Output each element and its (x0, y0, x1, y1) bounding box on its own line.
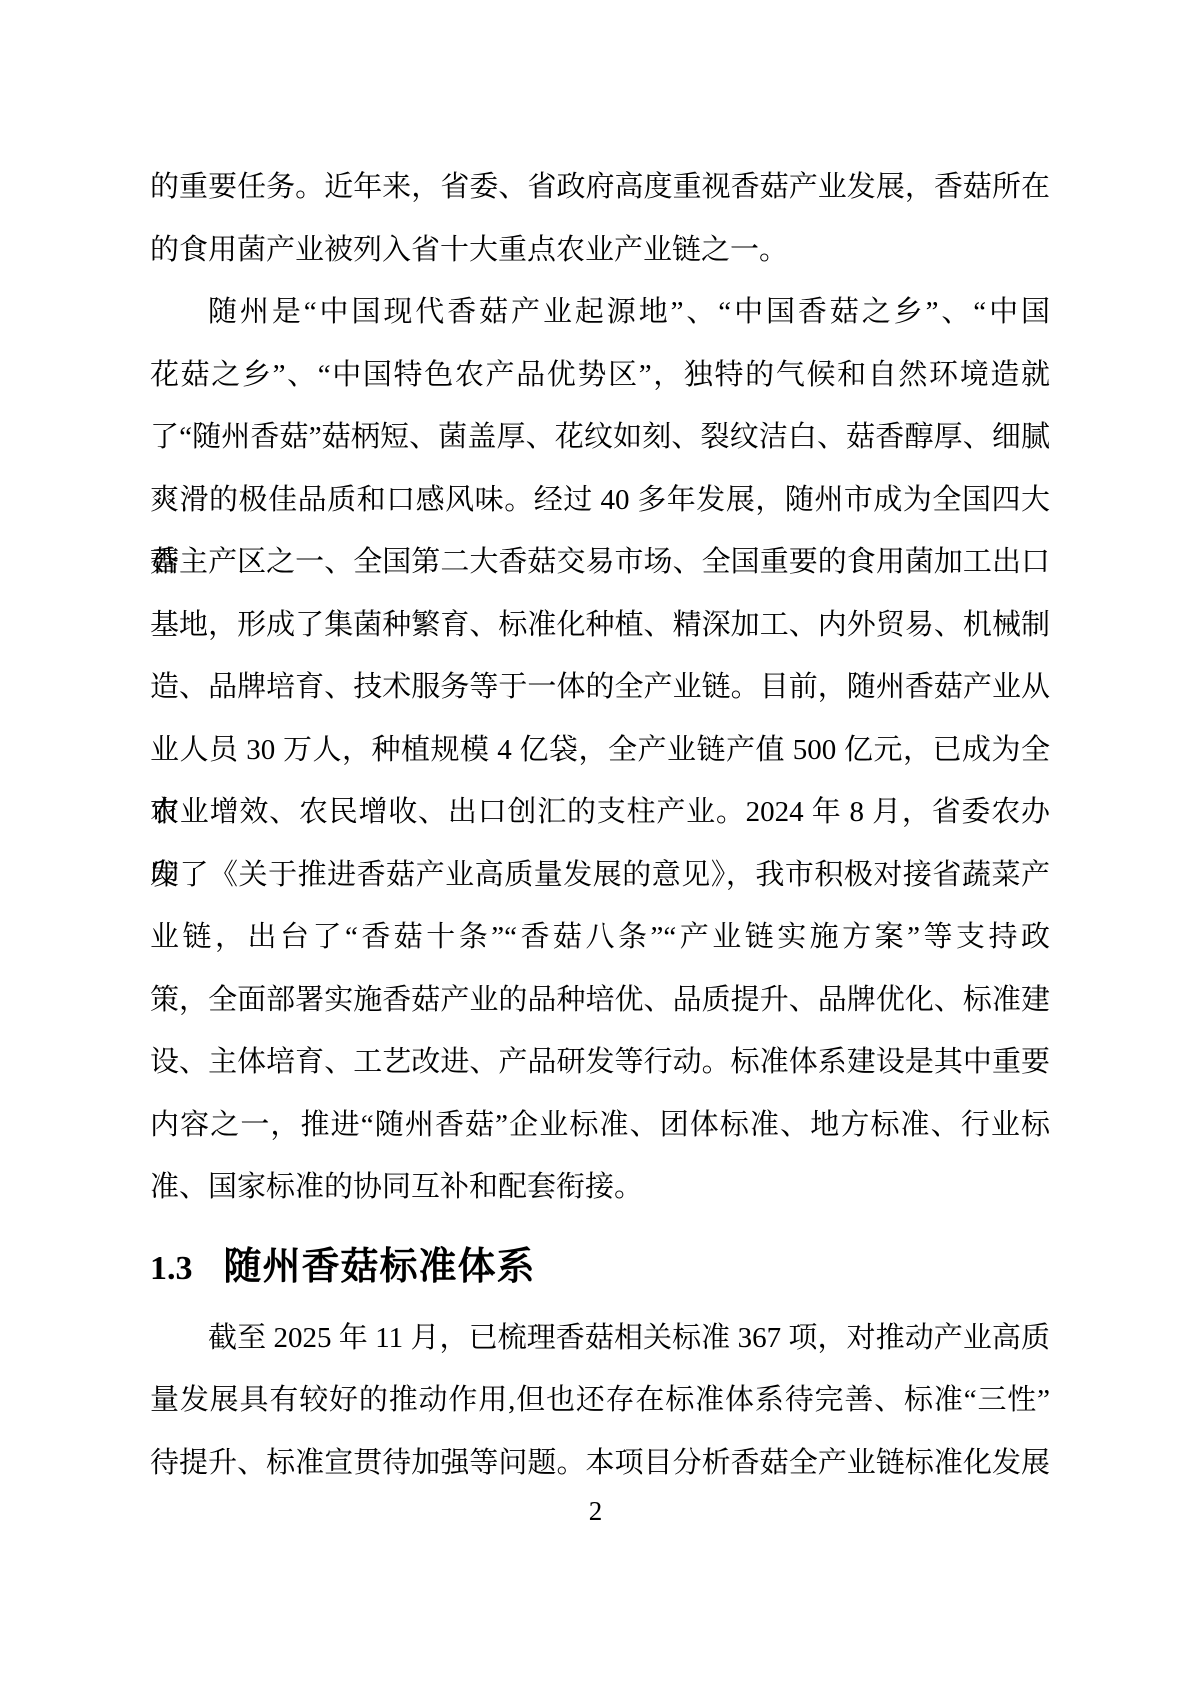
text-line: 设、主体培育、工艺改进、产品研发等行动。标准体系建设是其中重要 (150, 1031, 1050, 1094)
para-suizhou-overview: 随州是“中国现代香菇产业起源地”、“中国香菇之乡”、“中国花菇之乡”、“中国特色… (150, 281, 1050, 1219)
text-line: 的食用菌产业被列入省十大重点农业产业链之一。 (150, 219, 1050, 282)
text-line: 策，全面部署实施香菇产业的品种培优、品质提升、品牌优化、标准建 (150, 969, 1050, 1032)
page-number: 2 (589, 1496, 603, 1526)
heading-1-3: 1.3随州香菇标准体系 (150, 1231, 1050, 1303)
text-line: 准、国家标准的协同互补和配套衔接。 (150, 1156, 1050, 1219)
text-line: 随州是“中国现代香菇产业起源地”、“中国香菇之乡”、“中国 (150, 281, 1050, 344)
text-line: 业人员 30 万人，种植规模 4 亿袋，全产业链产值 500 亿元，已成为全市 (150, 719, 1050, 782)
text-line: 了“随州香菇”菇柄短、菌盖厚、花纹如刻、裂纹洁白、菇香醇厚、细腻 (150, 406, 1050, 469)
text-line: 造、品牌培育、技术服务等于一体的全产业链。目前，随州香菇产业从 (150, 656, 1050, 719)
document-page: 的重要任务。近年来，省委、省政府高度重视香菇产业发展，香菇所在的食用菌产业被列入… (0, 0, 1191, 1684)
text-line: 的重要任务。近年来，省委、省政府高度重视香菇产业发展，香菇所在 (150, 156, 1050, 219)
para-standard-system: 截至 2025 年 11 月，已梳理香菇相关标准 367 项，对推动产业高质量发… (150, 1307, 1050, 1495)
para-continuation: 的重要任务。近年来，省委、省政府高度重视香菇产业发展，香菇所在的食用菌产业被列入… (150, 156, 1050, 281)
page-footer: 2 (0, 1498, 1191, 1525)
text-line: 农业增效、农民增收、出口创汇的支柱产业。2024 年 8 月，省委农办印 (150, 781, 1050, 844)
text-line: 量发展具有较好的推动作用,但也还存在标准体系待完善、标准“三性” (150, 1369, 1050, 1432)
text-line: 菇主产区之一、全国第二大香菇交易市场、全国重要的食用菌加工出口 (150, 531, 1050, 594)
heading-title: 随州香菇标准体系 (224, 1231, 536, 1303)
text-line: 截至 2025 年 11 月，已梳理香菇相关标准 367 项，对推动产业高质 (150, 1307, 1050, 1370)
text-line: 业链，出台了“香菇十条”“香菇八条”“产业链实施方案”等支持政 (150, 906, 1050, 969)
document-body: 的重要任务。近年来，省委、省政府高度重视香菇产业发展，香菇所在的食用菌产业被列入… (150, 156, 1050, 1494)
text-line: 基地，形成了集菌种繁育、标准化种植、精深加工、内外贸易、机械制 (150, 594, 1050, 657)
text-line: 爽滑的极佳品质和口感风味。经过 40 多年发展，随州市成为全国四大香 (150, 469, 1050, 532)
text-line: 花菇之乡”、“中国特色农产品优势区”，独特的气候和自然环境造就 (150, 344, 1050, 407)
heading-number: 1.3 (150, 1233, 193, 1305)
text-line: 发了《关于推进香菇产业高质量发展的意见》，我市积极对接省蔬菜产 (150, 844, 1050, 907)
text-line: 待提升、标准宣贯待加强等问题。本项目分析香菇全产业链标准化发展 (150, 1432, 1050, 1495)
text-line: 内容之一，推进“随州香菇”企业标准、团体标准、地方标准、行业标 (150, 1094, 1050, 1157)
